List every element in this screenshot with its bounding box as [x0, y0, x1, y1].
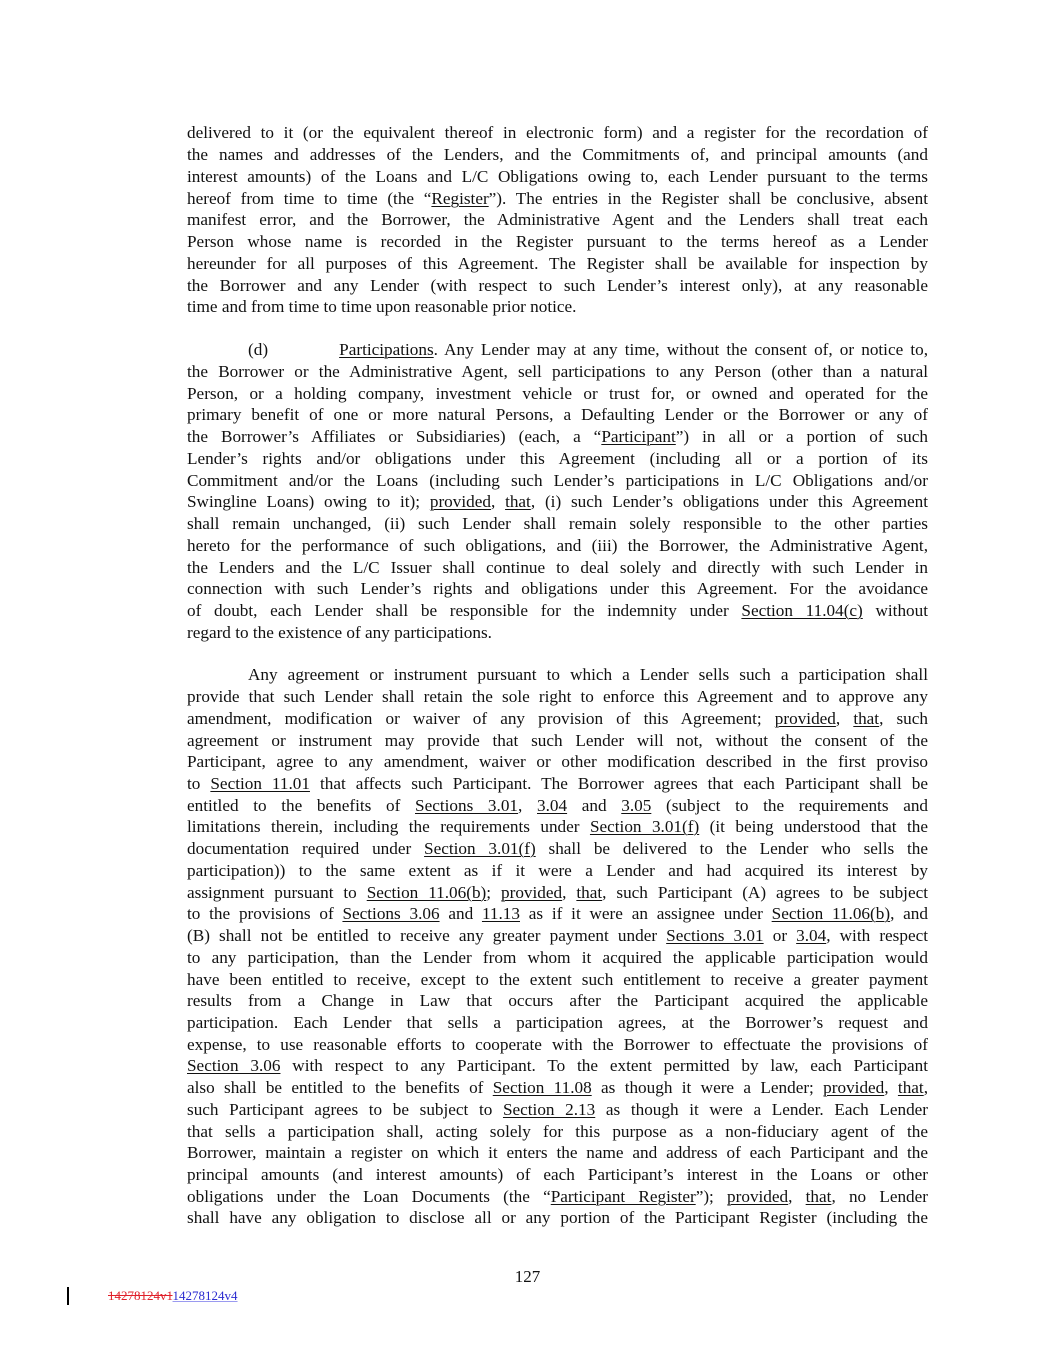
cross-reference: Sections 3.01: [666, 926, 763, 945]
text-run: , such: [879, 709, 928, 728]
text-run: Swingline Loans) owing to it);: [187, 492, 430, 511]
text-line: the Borrower’s Affiliates or Subsidiarie…: [187, 426, 928, 448]
cross-reference: provided: [727, 1187, 788, 1206]
text-line: documentation required under Section 3.0…: [187, 838, 928, 860]
cross-reference: 3.05: [621, 796, 651, 815]
text-run: amendment, modification or waiver of any…: [187, 709, 775, 728]
cross-reference: Section 11.06(b): [772, 904, 890, 923]
cross-reference: provided: [501, 883, 562, 902]
text-line: to any participation, than the Lender fr…: [187, 947, 928, 969]
cross-reference: Participant Register: [551, 1187, 696, 1206]
text-line: Any agreement or instrument pursuant to …: [248, 664, 928, 686]
text-run: connection with such Lender’s rights and…: [187, 579, 928, 598]
text-run: ”);: [696, 1187, 727, 1206]
cross-reference: Section 11.01: [210, 774, 310, 793]
text-run: as if it were an assignee under: [520, 904, 772, 923]
text-run: . Any Lender may at any time, without th…: [434, 340, 928, 359]
text-run: ”) in all or a portion of such: [676, 427, 928, 446]
text-run: that sells a participation shall, acting…: [187, 1122, 928, 1141]
text-run: also shall be entitled to the benefits o…: [187, 1078, 493, 1097]
text-run: documentation required under: [187, 839, 424, 858]
text-run: to: [187, 774, 210, 793]
text-run: such Participant agrees to be subject to: [187, 1100, 503, 1119]
text-run: hereto for the performance of such oblig…: [187, 536, 928, 555]
text-run: , no Lender: [831, 1187, 928, 1206]
text-line: hereunder for all purposes of this Agree…: [187, 253, 928, 275]
text-run: hereof from time to time (the “: [187, 189, 431, 208]
text-run: primary benefit of one or more natural P…: [187, 405, 928, 424]
text-run: shall remain unchanged, (ii) such Lender…: [187, 514, 928, 533]
text-line: delivered to it (or the equivalent there…: [187, 122, 928, 144]
cross-reference: provided: [775, 709, 836, 728]
text-line: interest amounts) of the Loans and L/C O…: [187, 166, 928, 188]
text-run: participation)) to the same extent as if…: [187, 861, 928, 880]
text-run: Lender’s rights and/or obligations under…: [187, 449, 928, 468]
cross-reference: Section 3.01(f): [424, 839, 536, 858]
cross-reference: 11.13: [482, 904, 520, 923]
text-line: to the provisions of Sections 3.06 and 1…: [187, 903, 928, 925]
text-line: participation)) to the same extent as if…: [187, 860, 928, 882]
text-line: the names and addresses of the Lenders, …: [187, 144, 928, 166]
text-run: without: [863, 601, 928, 620]
cross-reference: Section 11.04(c): [741, 601, 862, 620]
text-line: expense, to use reasonable efforts to co…: [187, 1034, 928, 1056]
text-run: or: [764, 926, 797, 945]
text-run: ;: [486, 883, 501, 902]
text-run: , and: [890, 904, 928, 923]
text-run: agreement or instrument may provide that…: [187, 731, 928, 750]
text-run: shall be delivered to the Lender who sel…: [536, 839, 928, 858]
text-line: (d) Participations. Any Lender may at an…: [248, 339, 928, 361]
text-run: assignment pursuant to: [187, 883, 367, 902]
cross-reference: Participant: [601, 427, 675, 446]
text-run: ”). The entries in the Register shall be…: [489, 189, 928, 208]
text-run: the names and addresses of the Lenders, …: [187, 145, 928, 164]
cross-reference: 3.04: [537, 796, 567, 815]
text-run: of doubt, each Lender shall be responsib…: [187, 601, 741, 620]
text-line: time and from time to time upon reasonab…: [187, 296, 928, 318]
text-run: the Borrower and any Lender (with respec…: [187, 276, 928, 295]
text-run: interest amounts) of the Loans and L/C O…: [187, 167, 928, 186]
text-line: hereof from time to time (the “Register”…: [187, 188, 928, 210]
text-line: principal amounts (and interest amounts)…: [187, 1164, 928, 1186]
text-run: the Lenders and the L/C Issuer shall con…: [187, 558, 928, 577]
text-line: agreement or instrument may provide that…: [187, 730, 928, 752]
text-run: as though it were a Lender. Each Lender: [595, 1100, 928, 1119]
text-run: hereunder for all purposes of this Agree…: [187, 254, 928, 273]
text-run: ,: [491, 492, 505, 511]
text-run: principal amounts (and interest amounts)…: [187, 1165, 928, 1184]
text-run: time and from time to time upon reasonab…: [187, 297, 576, 316]
cross-reference: that: [576, 883, 602, 902]
text-line: provide that such Lender shall retain th…: [187, 686, 928, 708]
text-line: entitled to the benefits of Sections 3.0…: [187, 795, 928, 817]
text-run: shall have any obligation to disclose al…: [187, 1208, 928, 1227]
text-run: provide that such Lender shall retain th…: [187, 687, 928, 706]
text-run: (d): [248, 340, 339, 359]
text-line: obligations under the Loan Documents (th…: [187, 1186, 928, 1208]
text-run: (subject to the requirements and: [651, 796, 928, 815]
text-line: the Borrower or the Administrative Agent…: [187, 361, 928, 383]
text-run: the Borrower’s Affiliates or Subsidiarie…: [187, 427, 601, 446]
text-line: also shall be entitled to the benefits o…: [187, 1077, 928, 1099]
text-run: have been entitled to receive, except to…: [187, 970, 928, 989]
text-run: ,: [562, 883, 576, 902]
cross-reference: Section 3.06: [187, 1056, 280, 1075]
text-line: assignment pursuant to Section 11.06(b);…: [187, 882, 928, 904]
text-run: to the provisions of: [187, 904, 342, 923]
text-run: ,: [836, 709, 853, 728]
text-run: ,: [924, 1078, 928, 1097]
text-run: Commitment and/or the Loans (including s…: [187, 471, 928, 490]
text-run: Person, or a holding company, investment…: [187, 384, 928, 403]
text-line: the Lenders and the L/C Issuer shall con…: [187, 557, 928, 579]
text-line: the Borrower and any Lender (with respec…: [187, 275, 928, 297]
text-run: with respect to any Participant. To the …: [280, 1056, 928, 1075]
page-number: 127: [0, 1267, 1055, 1287]
text-line: Lender’s rights and/or obligations under…: [187, 448, 928, 470]
cross-reference: Sections 3.01: [415, 796, 518, 815]
text-run: ,: [884, 1078, 898, 1097]
text-run: limitations therein, including the requi…: [187, 817, 590, 836]
change-bar: [67, 1287, 69, 1305]
text-line: results from a Change in Law that occurs…: [187, 990, 928, 1012]
cross-reference: Register: [431, 189, 488, 208]
text-run: and: [567, 796, 621, 815]
text-line: have been entitled to receive, except to…: [187, 969, 928, 991]
text-run: entitled to the benefits of: [187, 796, 415, 815]
text-run: as though it were a Lender;: [592, 1078, 823, 1097]
text-run: and: [440, 904, 482, 923]
text-line: Commitment and/or the Loans (including s…: [187, 470, 928, 492]
cross-reference: Section 2.13: [503, 1100, 595, 1119]
cross-reference: provided: [823, 1078, 884, 1097]
cross-reference: 3.04: [796, 926, 826, 945]
text-line: such Participant agrees to be subject to…: [187, 1099, 928, 1121]
text-run: (B) shall not be entitled to receive any…: [187, 926, 666, 945]
text-run: regard to the existence of any participa…: [187, 623, 492, 642]
text-line: Person, or a holding company, investment…: [187, 383, 928, 405]
cross-reference: Section 11.06(b): [367, 883, 487, 902]
text-run: to any participation, than the Lender fr…: [187, 948, 928, 967]
text-run: manifest error, and the Borrower, the Ad…: [187, 210, 928, 229]
text-run: (it being understood that the: [699, 817, 928, 836]
text-line: to Section 11.01 that affects such Parti…: [187, 773, 928, 795]
text-run: Participant, agree to any amendment, wai…: [187, 752, 928, 771]
document-page: delivered to it (or the equivalent there…: [0, 0, 1055, 1365]
text-run: , such Participant (A) agrees to be subj…: [602, 883, 928, 902]
text-line: connection with such Lender’s rights and…: [187, 578, 928, 600]
text-run: participation. Each Lender that sells a …: [187, 1013, 928, 1032]
inserted-doc-id: 14278124v4: [173, 1288, 238, 1303]
cross-reference: Section 11.08: [493, 1078, 592, 1097]
cross-reference: that: [505, 492, 531, 511]
text-run: ,: [518, 796, 537, 815]
cross-reference: that: [806, 1187, 832, 1206]
cross-reference: that: [853, 709, 879, 728]
text-run: , (i) such Lender’s obligations under th…: [531, 492, 928, 511]
text-line: that sells a participation shall, acting…: [187, 1121, 928, 1143]
text-run: Person whose name is recorded in the Reg…: [187, 232, 928, 251]
cross-reference: provided: [430, 492, 491, 511]
text-run: results from a Change in Law that occurs…: [187, 991, 928, 1010]
text-line: hereto for the performance of such oblig…: [187, 535, 928, 557]
text-run: obligations under the Loan Documents (th…: [187, 1187, 551, 1206]
text-line: amendment, modification or waiver of any…: [187, 708, 928, 730]
text-run: , with respect: [826, 926, 928, 945]
cross-reference: Sections 3.06: [342, 904, 439, 923]
text-line: participation. Each Lender that sells a …: [187, 1012, 928, 1034]
cross-reference: that: [898, 1078, 924, 1097]
text-line: manifest error, and the Borrower, the Ad…: [187, 209, 928, 231]
text-line: primary benefit of one or more natural P…: [187, 404, 928, 426]
text-line: shall have any obligation to disclose al…: [187, 1207, 928, 1229]
text-line: limitations therein, including the requi…: [187, 816, 928, 838]
text-run: Borrower, maintain a register on which i…: [187, 1143, 928, 1162]
deleted-doc-id: 14278124v1: [108, 1288, 173, 1303]
text-line: Section 3.06 with respect to any Partici…: [187, 1055, 928, 1077]
cross-reference: Section 3.01(f): [590, 817, 699, 836]
footer-doc-id: 14278124v114278124v4: [108, 1288, 238, 1304]
text-run: Any agreement or instrument pursuant to …: [248, 665, 928, 684]
text-line: shall remain unchanged, (ii) such Lender…: [187, 513, 928, 535]
text-line: (B) shall not be entitled to receive any…: [187, 925, 928, 947]
text-line: Participant, agree to any amendment, wai…: [187, 751, 928, 773]
text-line: Swingline Loans) owing to it); provided,…: [187, 491, 928, 513]
text-line: of doubt, each Lender shall be responsib…: [187, 600, 928, 622]
cross-reference: Participations: [339, 340, 434, 359]
text-line: Person whose name is recorded in the Reg…: [187, 231, 928, 253]
text-run: delivered to it (or the equivalent there…: [187, 123, 928, 142]
text-run: the Borrower or the Administrative Agent…: [187, 362, 928, 381]
text-run: expense, to use reasonable efforts to co…: [187, 1035, 928, 1054]
text-run: that affects such Participant. The Borro…: [310, 774, 928, 793]
text-line: Borrower, maintain a register on which i…: [187, 1142, 928, 1164]
text-line: regard to the existence of any participa…: [187, 622, 928, 644]
text-run: ,: [788, 1187, 806, 1206]
